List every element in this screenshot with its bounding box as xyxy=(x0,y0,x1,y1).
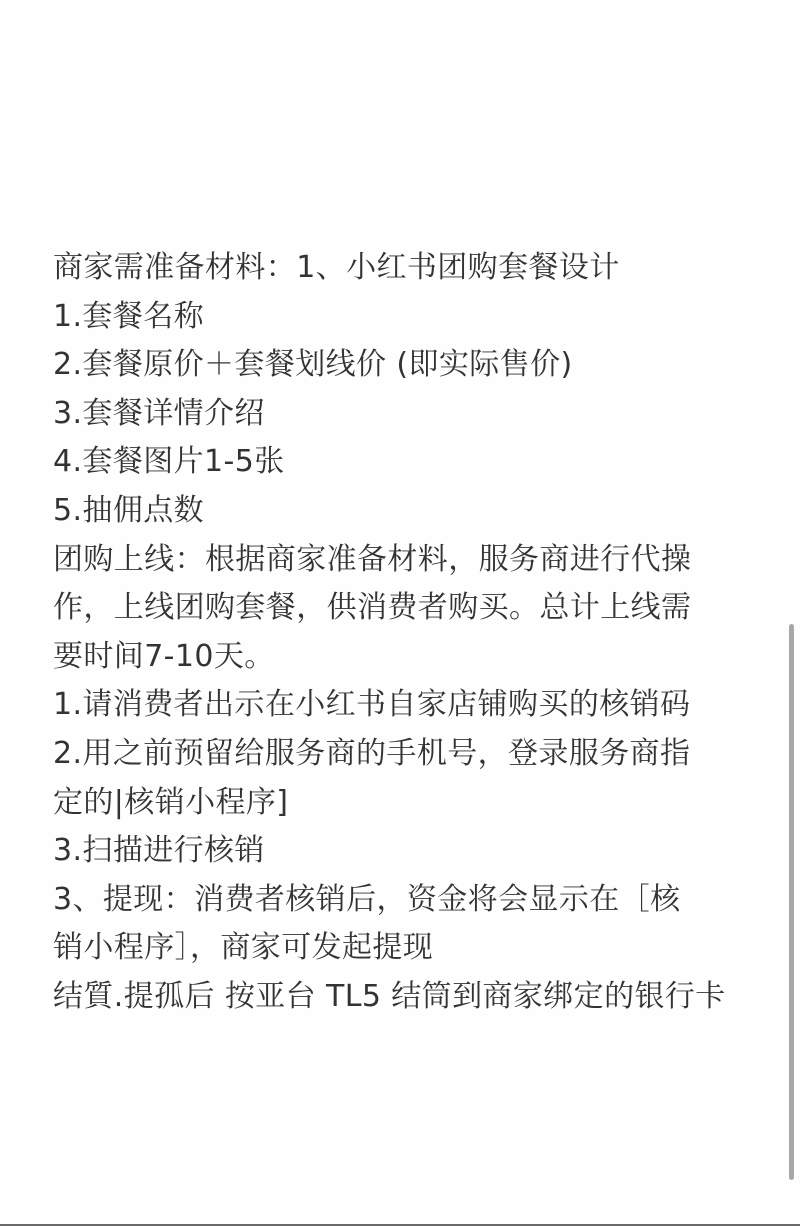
document-body: 商家需准备材料：1、小红书团购套餐设计 1.套餐名称 2.套餐原价＋套餐划线价 … xyxy=(53,244,773,1022)
list-item-package-name: 1.套餐名称 xyxy=(53,293,773,342)
document-page: 商家需准备材料：1、小红书团购套餐设计 1.套餐名称 2.套餐原价＋套餐划线价 … xyxy=(0,0,800,1226)
list-item-scan-verify: 3.扫描进行核销 xyxy=(53,827,773,876)
paragraph-launch-line-1: 团购上线：根据商家准备材料，服务商进行代操 xyxy=(53,536,773,585)
paragraph-withdraw-line-1: 3、提现：消费者核销后，资金将会显示在［核 xyxy=(53,876,773,925)
paragraph-launch-line-3: 要时间7-10天。 xyxy=(53,633,773,682)
list-item-login-line-2: 定的|核销小程序] xyxy=(53,779,773,828)
list-item-package-details: 3.套餐详情介绍 xyxy=(53,390,773,439)
list-item-package-images: 4.套餐图片1-5张 xyxy=(53,438,773,487)
paragraph-launch-line-2: 作，上线团购套餐，供消费者购买。总计上线需 xyxy=(53,584,773,633)
list-item-commission: 5.抽佣点数 xyxy=(53,487,773,536)
paragraph-settlement: 结質.提孤后 按亚台 TL5 结筒到商家绑定的银行卡 xyxy=(53,973,773,1022)
heading-materials: 商家需准备材料：1、小红书团购套餐设计 xyxy=(53,244,773,293)
list-item-login-line-1: 2.用之前预留给服务商的手机号，登录服务商指 xyxy=(53,730,773,779)
vertical-scrollbar[interactable] xyxy=(789,624,794,1180)
list-item-show-code: 1.请消费者出示在小红书自家店铺购买的核销码 xyxy=(53,681,773,730)
paragraph-withdraw-line-2: 销小程序］，商家可发起提现 xyxy=(53,924,773,973)
list-item-package-price: 2.套餐原价＋套餐划线价 (即实际售价) xyxy=(53,341,773,390)
